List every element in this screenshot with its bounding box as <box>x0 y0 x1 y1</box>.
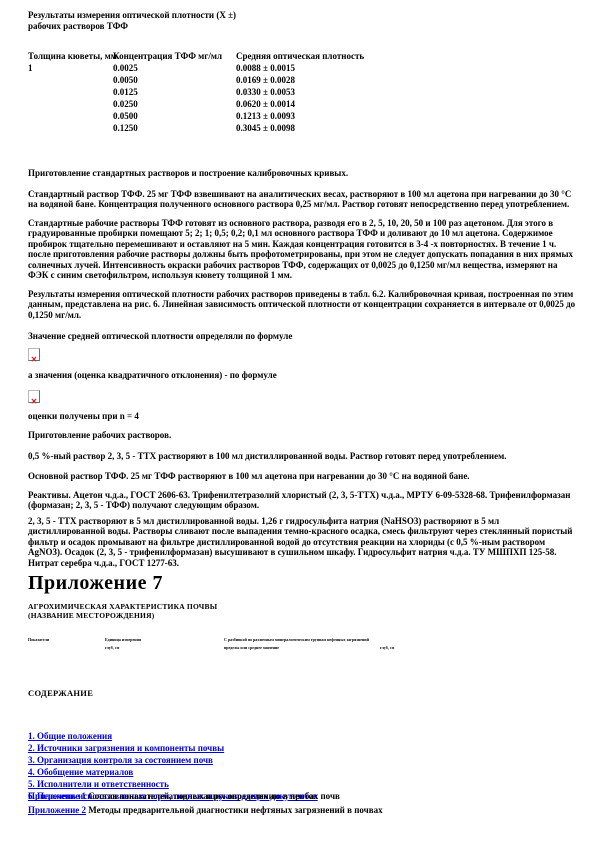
cell-thickness <box>28 86 113 98</box>
cell-thickness: 1 <box>28 62 113 74</box>
soil-col-unit-line1: Единица измерения <box>105 636 141 644</box>
cell-thickness <box>28 98 113 110</box>
soil-col-depth: глуб, см <box>380 644 394 652</box>
paragraph-working-standards: Стандартные рабочие растворы ТФФ готовят… <box>28 218 577 280</box>
optical-density-table-wrap: Толщина кюветы, мм Концентрация ТФФ мг/м… <box>28 50 577 134</box>
broken-image-icon: ✕ <box>28 390 40 403</box>
table-row: 0.0050 0.0169 ± 0.0028 <box>28 74 488 86</box>
toc-item: 4. Обобщение материалов <box>28 766 577 778</box>
toc-link-general[interactable]: 1. Общие положения <box>28 731 112 741</box>
appendix-2-link[interactable]: Приложение 2 <box>28 805 86 815</box>
toc-item: 2. Источники загрязнения и компоненты по… <box>28 742 577 754</box>
appendix-1-link[interactable]: Приложение 1 <box>28 791 86 801</box>
optical-density-table: Толщина кюветы, мм Концентрация ТФФ мг/м… <box>28 50 488 134</box>
soil-col-indicators: Показатели <box>28 636 49 644</box>
soil-table-header: Показатели Единица измерения глуб, см С … <box>28 636 577 656</box>
table-row: 0.0125 0.0330 ± 0.0053 <box>28 86 488 98</box>
paragraph-ttx-solution: 0,5 %-ный раствор 2, 3, 5 - ТТХ растворя… <box>28 451 577 461</box>
appendix-2-text: Методы предварительной диагностики нефтя… <box>86 805 383 815</box>
paragraph-standard-solutions-title: Приготовление стандартных растворов и по… <box>28 168 577 178</box>
paragraph-main-solution: Основной раствор ТФФ. 25 мг ТФФ растворя… <box>28 471 577 481</box>
formula-image-1-wrap: ✕ <box>28 348 577 367</box>
broken-image-icon: ✕ <box>28 348 40 361</box>
col-header-concentration: Концентрация ТФФ мг/мл <box>113 50 236 62</box>
appendix-2-entry: Приложение 2 Методы предварительной диаг… <box>28 805 577 816</box>
soil-col-unit-line2: глуб, см <box>105 644 119 652</box>
cell-concentration: 0.0125 <box>113 86 236 98</box>
appendix-7-subtitle-2: (НАЗВАНИЕ МЕСТОРОЖДЕНИЯ) <box>28 611 577 621</box>
cell-density: 0.0169 ± 0.0028 <box>236 74 488 86</box>
appendix-1-entry: Приложение 1 Состав показателей, подлежа… <box>28 791 577 802</box>
soil-col-breakdown-line1: С разбивкой по различным минералогически… <box>224 636 369 644</box>
cell-thickness <box>28 110 113 122</box>
paragraph-formula-intro: Значение средней оптической плотности оп… <box>28 331 577 341</box>
red-x-icon: ✕ <box>31 397 38 406</box>
cell-thickness <box>28 122 113 134</box>
paragraph-standard-solution: Стандартный раствор ТФФ. 25 мг ТФФ взвеш… <box>28 189 577 210</box>
intro-line-1: Результаты измерения оптической плотност… <box>28 10 577 20</box>
paragraph-deviation-intro: а значения (оценка квадратичного отклоне… <box>28 370 577 380</box>
appendix-7-title: Приложение 7 <box>28 572 577 594</box>
table-row: 0.0250 0.0620 ± 0.0014 <box>28 98 488 110</box>
cell-concentration: 0.0050 <box>113 74 236 86</box>
intro-line-2: рабочих растворов ТФФ <box>28 21 577 31</box>
toc-item: 1. Общие положения <box>28 730 577 742</box>
appendix-1-text: Состав показателей, подлежащих определен… <box>86 791 340 801</box>
cell-concentration: 0.0250 <box>113 98 236 110</box>
table-row: 1 0.0025 0.0088 ± 0.0015 <box>28 62 488 74</box>
document-page: Результаты измерения оптической плотност… <box>0 0 595 842</box>
table-row: 0.0500 0.1213 ± 0.0093 <box>28 110 488 122</box>
formula-image-2-wrap: ✕ <box>28 390 577 409</box>
cell-density: 0.1213 ± 0.0093 <box>236 110 488 122</box>
toc-link-control[interactable]: 3. Организация контроля за состоянием по… <box>28 755 213 765</box>
red-x-icon: ✕ <box>31 355 38 364</box>
cell-density: 0.0330 ± 0.0053 <box>236 86 488 98</box>
cell-density: 0.0088 ± 0.0015 <box>236 62 488 74</box>
toc-item: 3. Организация контроля за состоянием по… <box>28 754 577 766</box>
cell-concentration: 0.0500 <box>113 110 236 122</box>
soil-col-breakdown-line2: пределы или среднее значение <box>224 644 279 652</box>
col-header-density: Средняя оптическая плотность <box>236 50 488 62</box>
toc-link-responsibility[interactable]: 5. Исполнители и ответственность <box>28 779 169 789</box>
cell-density: 0.0620 ± 0.0014 <box>236 98 488 110</box>
table-row: 0.1250 0.3045 ± 0.0098 <box>28 122 488 134</box>
col-header-thickness: Толщина кюветы, мм <box>28 50 113 62</box>
paragraph-n4: оценки получены при n = 4 <box>28 411 577 421</box>
paragraph-results: Результаты измерения оптической плотност… <box>28 289 577 320</box>
cell-thickness <box>28 74 113 86</box>
toc-item: 5. Исполнители и ответственность <box>28 778 577 790</box>
toc-link-sources[interactable]: 2. Источники загрязнения и компоненты по… <box>28 743 224 753</box>
toc-title: СОДЕРЖАНИЕ <box>28 688 577 698</box>
paragraph-preparation: 2, 3, 5 - ТТХ растворяют в 5 мл дистилли… <box>28 516 577 568</box>
paragraph-reagents: Реактивы. Ацетон ч.д.а., ГОСТ 2606-63. Т… <box>28 490 577 511</box>
toc-link-materials[interactable]: 4. Обобщение материалов <box>28 767 133 777</box>
cell-concentration: 0.1250 <box>113 122 236 134</box>
paragraph-working-title: Приготовление рабочих растворов. <box>28 430 577 440</box>
cell-density: 0.3045 ± 0.0098 <box>236 122 488 134</box>
cell-concentration: 0.0025 <box>113 62 236 74</box>
table-header-row: Толщина кюветы, мм Концентрация ТФФ мг/м… <box>28 50 488 62</box>
